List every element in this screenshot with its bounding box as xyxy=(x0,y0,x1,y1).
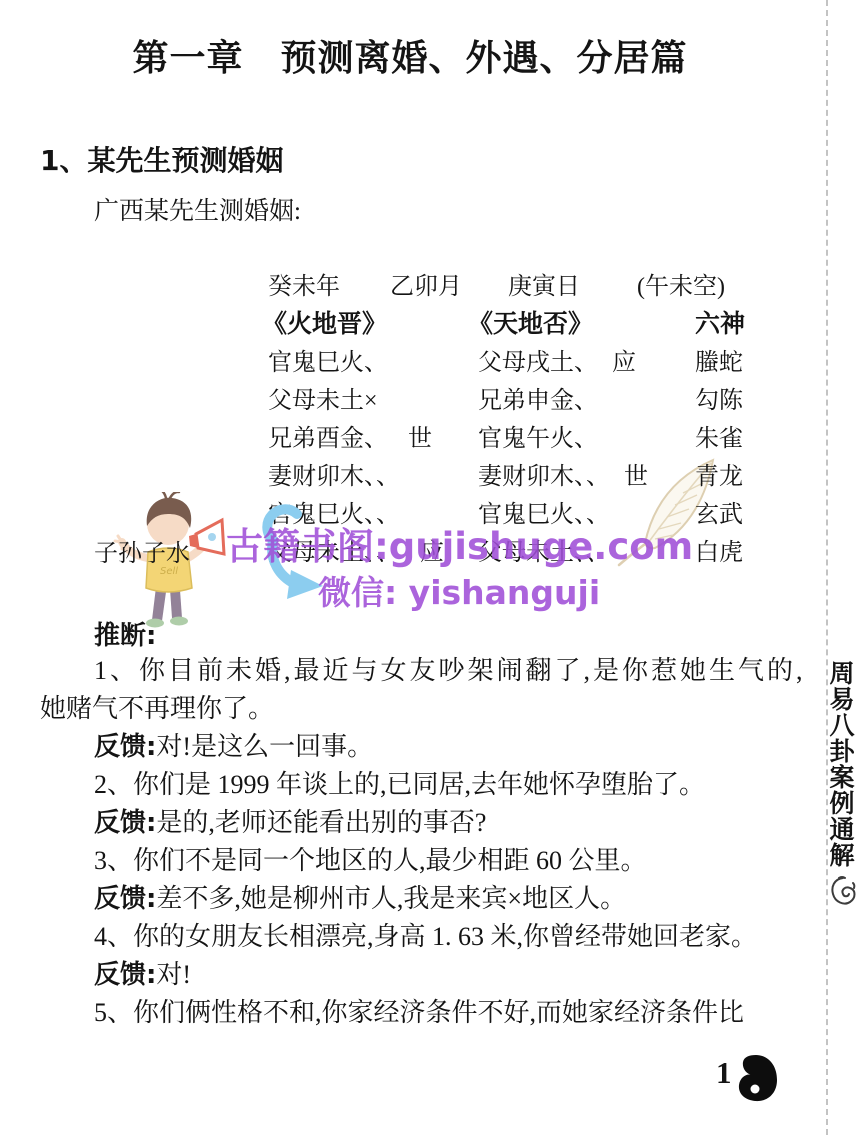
hexagram-line-row: 兄弟酉金、世 官鬼午火、 朱雀 xyxy=(262,418,792,456)
yinyang-icon xyxy=(733,1052,779,1104)
six-god-label: 白虎 xyxy=(695,532,743,567)
feedback-label: 反馈: xyxy=(94,808,156,838)
body-line: 1、你目前未婚,最近与女友吵架闹翻了,是你惹她生气的, xyxy=(40,652,792,690)
chapter-title: 第一章 预测离婚、外遇、分居篇 xyxy=(55,30,765,81)
world-response-marker: 应 xyxy=(612,350,636,376)
body-line: 5、你们俩性格不和,你家经济条件不好,而她家经济条件比 xyxy=(40,994,792,1032)
hidden-spirit-note: 子孙子水 xyxy=(94,533,190,568)
body-line: 她赌气不再理你了。 xyxy=(40,690,792,728)
month-pillar: 乙卯月 xyxy=(390,266,462,301)
original-line: 官鬼巳火、 xyxy=(268,342,408,377)
changed-line: 妻财卯木、、世 xyxy=(478,456,648,491)
changed-line: 兄弟申金、 xyxy=(478,380,612,415)
feedback-label: 反馈: xyxy=(94,960,156,990)
six-gods-header: 六神 xyxy=(695,304,745,340)
changed-line: 父母戌土、应 xyxy=(478,342,636,377)
date-row: 癸未年 乙卯月 庚寅日 (午未空) xyxy=(262,266,792,304)
book-page: 第一章 预测离婚、外遇、分居篇 1、某先生预测婚姻 广西某先生测婚姻: 癸未年 … xyxy=(0,0,858,1135)
original-line: 父母未土× xyxy=(268,380,398,415)
original-hexagram-name: 《火地晋》 xyxy=(262,304,387,340)
world-response-marker: 世 xyxy=(408,426,432,452)
dragon-seal-icon xyxy=(829,875,857,907)
section-heading: 1、某先生预测婚姻 xyxy=(40,139,283,179)
six-god-label: 朱雀 xyxy=(695,418,743,453)
original-line: 妻财卯木、、 xyxy=(268,456,420,491)
changed-line: 官鬼午火、 xyxy=(478,418,612,453)
original-line: 兄弟酉金、世 xyxy=(268,418,432,453)
six-god-label: 青龙 xyxy=(695,456,743,491)
body-line: 反馈:差不多,她是柳州市人,我是来宾×地区人。 xyxy=(40,880,792,918)
year-pillar: 癸未年 xyxy=(268,266,340,301)
inference-body: 1、你目前未婚,最近与女友吵架闹翻了,是你惹她生气的, 她赌气不再理你了。 反馈… xyxy=(40,652,792,1032)
hexagram-header-row: 《火地晋》 《天地否》 六神 xyxy=(262,304,792,342)
body-line: 反馈:对!是这么一回事。 xyxy=(40,728,792,766)
intro-line: 广西某先生测婚姻: xyxy=(94,191,301,227)
body-line: 3、你们不是同一个地区的人,最少相距 60 公里。 xyxy=(40,842,792,880)
body-line: 4、你的女朋友长相漂亮,身高 1. 63 米,你曾经带她回老家。 xyxy=(40,918,792,956)
day-pillar: 庚寅日 xyxy=(508,266,580,301)
body-line: 2、你们是 1999 年谈上的,已同居,去年她怀孕堕胎了。 xyxy=(40,766,792,804)
inference-label: 推断: xyxy=(94,615,156,652)
hexagram-line-row: 父母未土× 兄弟申金、 勾陈 xyxy=(262,380,792,418)
margin-dashed-line xyxy=(826,0,828,1135)
six-god-label: 勾陈 xyxy=(695,380,743,415)
feedback-label: 反馈: xyxy=(94,732,156,762)
margin-vertical-title: 周易八卦案例通解 xyxy=(828,660,858,868)
world-response-marker: 世 xyxy=(624,464,648,490)
watermark-site-text: 古籍书阁:gujishuge.com xyxy=(226,516,693,570)
feedback-label: 反馈: xyxy=(94,884,156,914)
page-number: 1 xyxy=(716,1055,732,1091)
body-line: 反馈:是的,老师还能看出别的事否? xyxy=(40,804,792,842)
changed-hexagram-name: 《天地否》 xyxy=(468,304,593,340)
body-line: 反馈:对! xyxy=(40,956,792,994)
six-god-label: 螣蛇 xyxy=(695,342,743,377)
watermark-wechat-text: 微信: yishanguji xyxy=(318,567,600,614)
hexagram-line-row: 妻财卯木、、 妻财卯木、、世 青龙 xyxy=(262,456,792,494)
void-note: (午未空) xyxy=(637,266,725,301)
hexagram-line-row: 官鬼巳火、 父母戌土、应 螣蛇 xyxy=(262,342,792,380)
six-god-label: 玄武 xyxy=(695,494,743,529)
